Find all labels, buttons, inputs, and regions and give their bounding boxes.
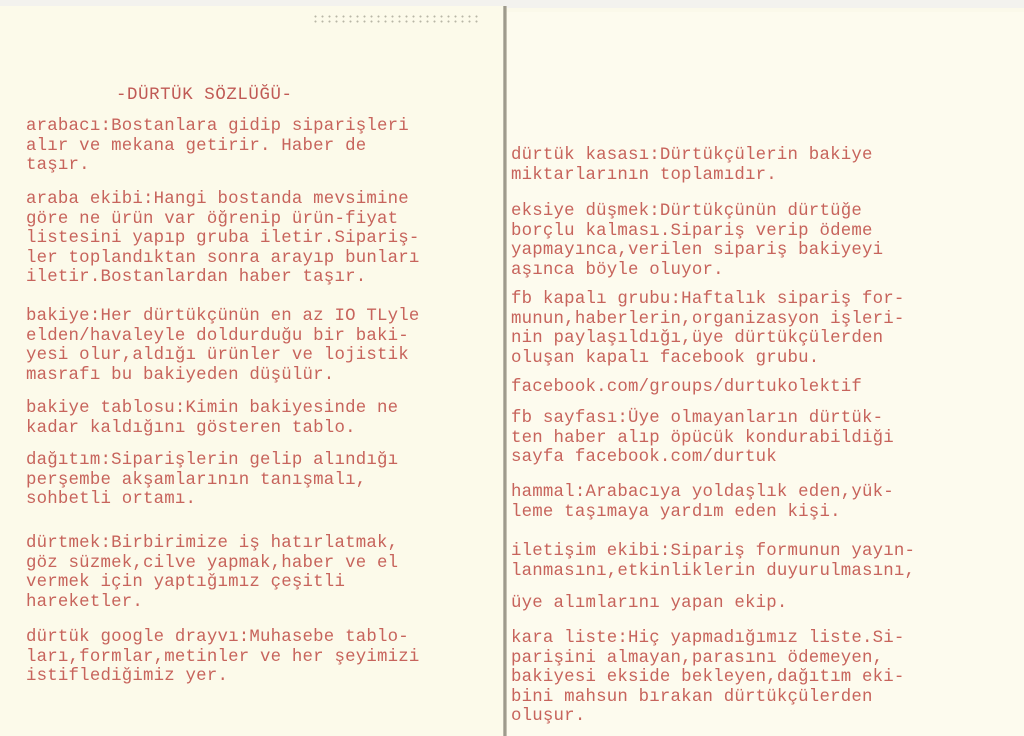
entry-line: iletir.Bostanlardan haber taşır.: [26, 268, 420, 288]
entry-line: göz süzmek,cilve yapmak,haber ve el: [26, 554, 398, 574]
entry-line: sayfa facebook.com/durtuk: [511, 448, 894, 468]
entry-line: dürtük kasası:Dürtükçülerin bakiye: [511, 146, 873, 166]
entry-line: arabacı:Bostanlara gidip siparişleri: [26, 117, 409, 137]
glossary-entry: araba ekibi:Hangi bostanda mevsiminegöre…: [26, 190, 420, 288]
entry-line: oluşan kapalı facebook grubu.: [511, 349, 905, 369]
glossary-entry: dağıtım:Siparişlerin gelip alındığıperşe…: [26, 451, 398, 510]
glossary-entry: dürtük google drayvı:Muhasebe tablo-ları…: [26, 628, 420, 687]
glossary-entry: arabacı:Bostanlara gidip siparişlerialır…: [26, 117, 409, 176]
entry-line: masrafı bu bakiyeden düşülür.: [26, 366, 420, 386]
entry-line: yapmayınca,verilen sipariş bakiyeyi: [511, 241, 883, 261]
glossary-entry: kara liste:Hiç yapmadığımız liste.Si-par…: [511, 629, 905, 727]
entry-line: lanmasını,etkinliklerin duyurulmasını,: [511, 562, 915, 582]
entry-line: bakiye:Her dürtükçünün en az IO TLyle: [26, 307, 420, 327]
entry-line: munun,haberlerin,organizasyon işleri-: [511, 310, 905, 330]
entry-line: istiflediğimiz yer.: [26, 667, 420, 687]
glossary-entry: bakiye tablosu:Kimin bakiyesinde nekadar…: [26, 399, 398, 438]
entry-line: fb kapalı grubu:Haftalık sipariş for-: [511, 290, 905, 310]
glossary-entry: hammal:Arabacıya yoldaşlık eden,yük-leme…: [511, 483, 894, 522]
glossary-entry: dürtük kasası:Dürtükçülerin bakiyemiktar…: [511, 146, 873, 185]
glossary-entry: üye alımlarını yapan ekip.: [511, 594, 788, 614]
entry-line: ları,formlar,metinler ve her şeyimizi: [26, 648, 420, 668]
glossary-entry: facebook.com/groups/durtukolektif: [511, 378, 862, 398]
entry-line: fb sayfası:Üye olmayanların dürtük-: [511, 409, 894, 429]
entry-line: bakiyesi ekside bekleyen,dağıtım eki-: [511, 668, 905, 688]
left-page: -DÜRTÜK SÖZLÜĞÜ- arabacı:Bostanlara gidi…: [0, 6, 505, 736]
entry-line: eksiye düşmek:Dürtükçünün dürtüğe: [511, 202, 883, 222]
entry-line: perşembe akşamlarının tanışmalı,: [26, 471, 398, 491]
glossary-entry: bakiye:Her dürtükçünün en az IO TLyleeld…: [26, 307, 420, 385]
glossary-entry: fb kapalı grubu:Haftalık sipariş for-mun…: [511, 290, 905, 368]
entry-line: dağıtım:Siparişlerin gelip alındığı: [26, 451, 398, 471]
entry-line: elden/havaleyle doldurduğu bir baki-: [26, 327, 420, 347]
entry-line: yesi olur,aldığı ürünler ve lojistik: [26, 346, 420, 366]
entry-line: iletişim ekibi:Sipariş formunun yayın-: [511, 542, 915, 562]
glossary-entry: eksiye düşmek:Dürtükçünün dürtüğeborçlu …: [511, 202, 883, 280]
entry-line: araba ekibi:Hangi bostanda mevsimine: [26, 190, 420, 210]
entry-line: bakiye tablosu:Kimin bakiyesinde ne: [26, 399, 398, 419]
entry-line: bini mahsun bırakan dürtükçülerden: [511, 688, 905, 708]
entry-line: hareketler.: [26, 593, 398, 613]
entry-line: miktarlarının toplamıdır.: [511, 166, 873, 186]
entry-line: aşınca böyle oluyor.: [511, 261, 883, 281]
glossary-entry: dürtmek:Birbirimize iş hatırlatmak,göz s…: [26, 534, 398, 612]
ink-speckle: [312, 14, 482, 24]
entry-line: leme taşımaya yardım eden kişi.: [511, 503, 894, 523]
entry-line: alır ve mekana getirir. Haber de: [26, 137, 409, 157]
entry-line: facebook.com/groups/durtukolektif: [511, 378, 862, 398]
entry-line: nin paylaşıldığı,üye dürtükçülerden: [511, 329, 905, 349]
entry-line: taşır.: [26, 156, 409, 176]
entry-line: kara liste:Hiç yapmadığımız liste.Si-: [511, 629, 905, 649]
glossary-entry: iletişim ekibi:Sipariş formunun yayın-la…: [511, 542, 915, 581]
entry-line: üye alımlarını yapan ekip.: [511, 594, 788, 614]
page-title: -DÜRTÜK SÖZLÜĞÜ-: [116, 86, 293, 105]
scanned-booklet-spread: -DÜRTÜK SÖZLÜĞÜ- arabacı:Bostanlara gidi…: [0, 0, 1024, 736]
entry-line: borçlu kalması.Sipariş verip ödeme: [511, 222, 883, 242]
glossary-entry: fb sayfası:Üye olmayanların dürtük-ten h…: [511, 409, 894, 468]
entry-line: dürtmek:Birbirimize iş hatırlatmak,: [26, 534, 398, 554]
entry-line: listesini yapıp gruba iletir.Sipariş-: [26, 229, 420, 249]
entry-line: oluşur.: [511, 707, 905, 727]
entry-line: parişini almayan,parasını ödemeyen,: [511, 649, 905, 669]
entry-line: vermek için yaptığımız çeşitli: [26, 573, 398, 593]
entry-line: hammal:Arabacıya yoldaşlık eden,yük-: [511, 483, 894, 503]
entry-line: dürtük google drayvı:Muhasebe tablo-: [26, 628, 420, 648]
entry-line: ten haber alıp öpücük kondurabildiği: [511, 429, 894, 449]
entry-line: sohbetli ortamı.: [26, 490, 398, 510]
entry-line: ler toplandıktan sonra arayıp bunları: [26, 249, 420, 269]
right-page: dürtük kasası:Dürtükçülerin bakiyemiktar…: [507, 12, 1024, 736]
entry-line: kadar kaldığını gösteren tablo.: [26, 419, 398, 439]
entry-line: göre ne ürün var öğrenip ürün-fiyat: [26, 210, 420, 230]
